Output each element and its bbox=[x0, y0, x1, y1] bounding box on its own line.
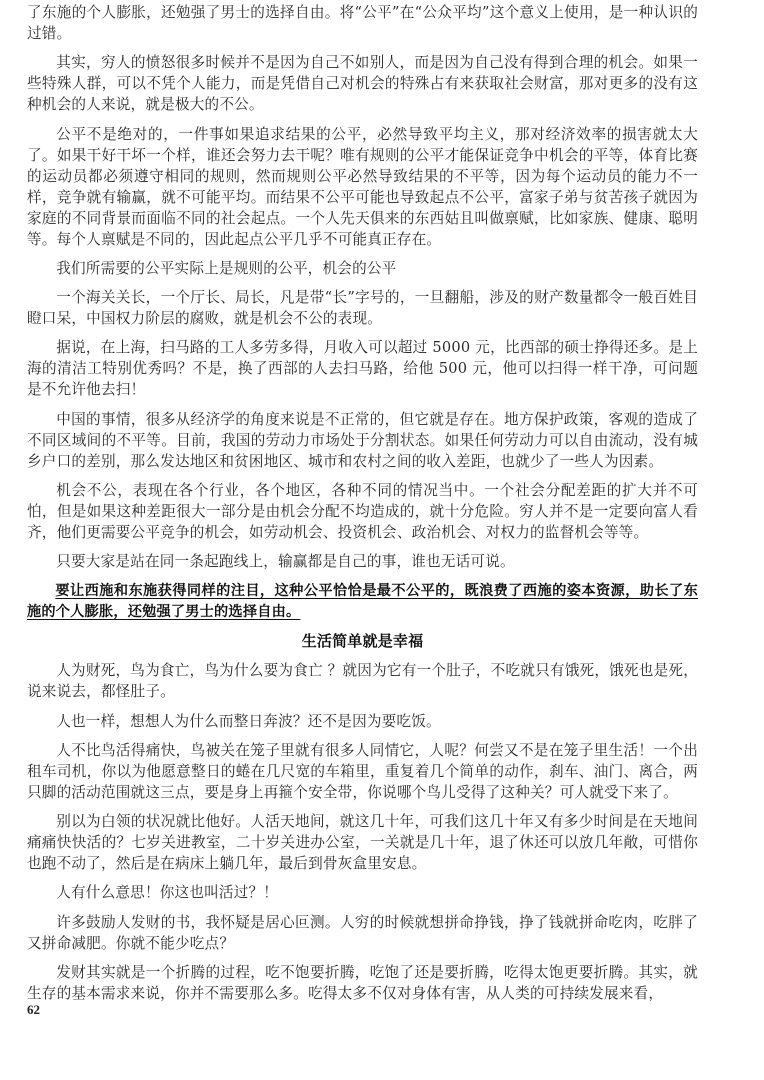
paragraph: 别以为白领的状况就比他好。人活天地间，就这几十年，可我们这几十年又有多少时间是在… bbox=[27, 811, 698, 874]
page-number: 62 bbox=[27, 1002, 40, 1018]
paragraph: 中国的事情，很多从经济学的角度来说是不正常的，但它就是存在。地方保护政策，客观的… bbox=[27, 409, 698, 472]
paragraph: 发财其实就是一个折腾的过程，吃不饱要折腾，吃饱了还是要折腾，吃得太饱更要折腾。其… bbox=[27, 962, 698, 1004]
paragraph: 了东施的个人膨胀，还勉强了男士的选择自由。将“公平”在“公众平均”这个意义上使用… bbox=[27, 2, 698, 44]
paragraph: 人也一样，想想人为什么而整日奔波？还不是因为要吃饭。 bbox=[27, 711, 698, 732]
document-page: 了东施的个人膨胀，还勉强了男士的选择自由。将“公平”在“公众平均”这个意义上使用… bbox=[27, 2, 698, 1012]
paragraph: 其实，穷人的愤怒很多时候并不是因为自己不如别人，而是因为自己没有得到合理的机会。… bbox=[27, 52, 698, 115]
paragraph: 只要大家是站在同一条起跑线上，输赢都是自己的事，谁也无话可说。 bbox=[27, 551, 698, 572]
paragraph: 我们所需要的公平实际上是规则的公平，机会的公平 bbox=[27, 258, 698, 279]
paragraph: 人为财死，鸟为食亡，鸟为什么要为食亡 ？就因为它有一个肚子，不吃就只有饿死，饿死… bbox=[27, 660, 698, 702]
section-title: 生活简单就是幸福 bbox=[27, 631, 698, 652]
bold-underlined-conclusion: 要让西施和东施获得同样的注目，这种公平恰恰是最不公平的，既浪费了西施的姿本资源，… bbox=[27, 581, 698, 623]
paragraph: 人不比鸟活得痛快，鸟被关在笼子里就有很多人同情它，人呢？何尝又不是在笼子里生活！… bbox=[27, 740, 698, 803]
paragraph: 机会不公，表现在各个行业，各个地区，各种不同的情况当中。一个社会分配差距的扩大并… bbox=[27, 480, 698, 543]
paragraph: 据说，在上海，扫马路的工人多劳多得，月收入可以超过 5000 元，比西部的硕士挣… bbox=[27, 337, 698, 400]
paragraph: 人有什么意思！你这也叫活过？！ bbox=[27, 882, 698, 903]
paragraph: 公平不是绝对的，一件事如果追求结果的公平，必然导致平均主义，那对经济效率的损害就… bbox=[27, 124, 698, 250]
paragraph: 一个海关关长，一个厅长、局长，凡是带“长”字号的，一旦翻船，涉及的财产数量都令一… bbox=[27, 287, 698, 329]
paragraph: 许多鼓励人发财的书，我怀疑是居心叵测。人穷的时候就想拼命挣钱，挣了钱就拼命吃肉，… bbox=[27, 912, 698, 954]
